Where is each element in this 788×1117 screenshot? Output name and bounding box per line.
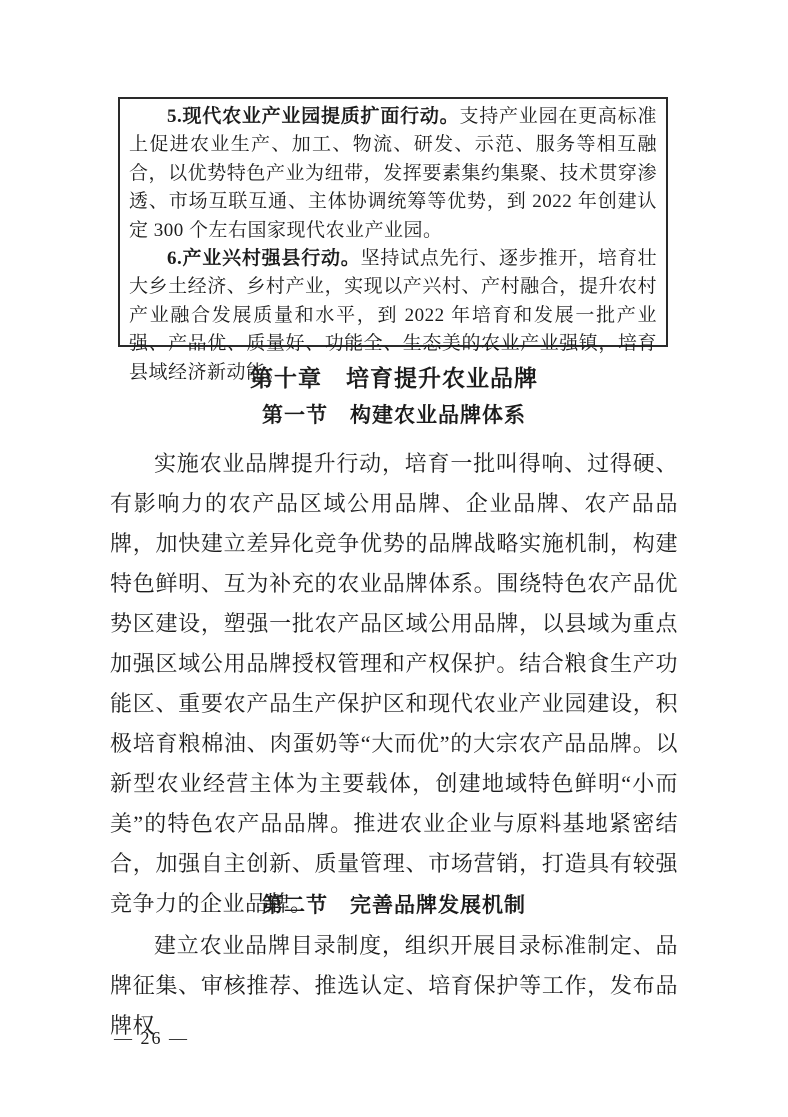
page-number: — 26 — [114,1028,189,1049]
chapter-title: 第十章 培育提升农业品牌 [0,360,788,393]
box-item-6-label: 6.产业兴村强县行动。 [167,248,361,269]
paragraph-2: 建立农业品牌目录制度，组织开展目录标准制定、品牌征集、审核推荐、推选认定、培育保… [110,926,678,1046]
action-items-box: 5.现代农业产业园提质扩面行动。支持产业园在更高标准上促进农业生产、加工、物流、… [118,97,668,347]
box-item-5: 5.现代农业产业园提质扩面行动。支持产业园在更高标准上促进农业生产、加工、物流、… [129,103,657,245]
document-page: 5.现代农业产业园提质扩面行动。支持产业园在更高标准上促进农业生产、加工、物流、… [0,0,788,1117]
section-2-title: 第二节 完善品牌发展机制 [0,889,788,919]
section-1-title: 第一节 构建农业品牌体系 [0,399,788,429]
paragraph-1: 实施农业品牌提升行动，培育一批叫得响、过得硬、有影响力的农产品区域公用品牌、企业… [110,444,678,924]
box-item-5-label: 5.现代农业产业园提质扩面行动。 [167,106,459,127]
